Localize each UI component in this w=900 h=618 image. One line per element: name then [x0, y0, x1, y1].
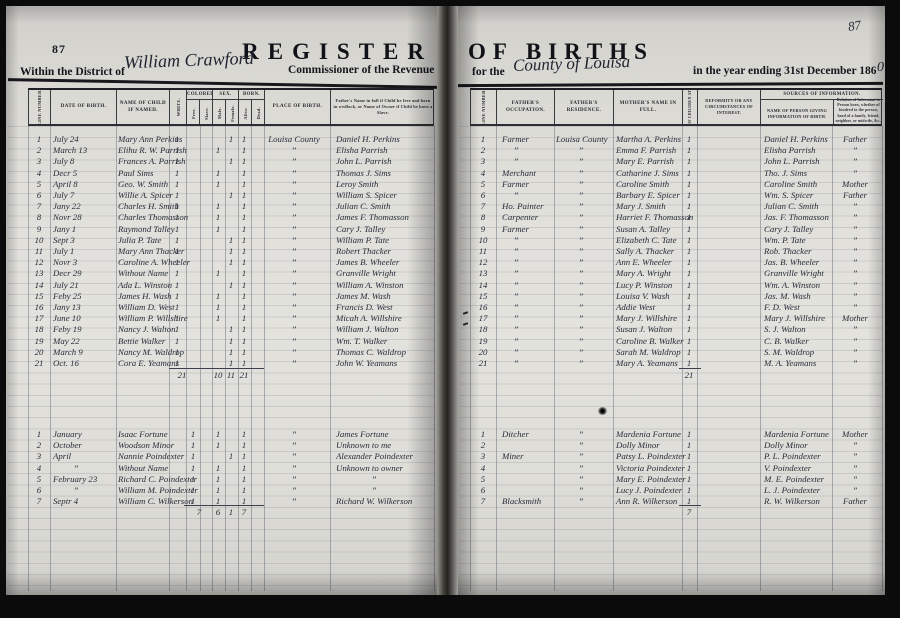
cell-informant-relation: Father: [843, 134, 867, 145]
cell-informant-name: John L. Parrish: [764, 156, 819, 167]
cell-born-alive-mark: 1: [242, 246, 246, 257]
cell-child-name: Caroline A. Wheeler: [118, 257, 190, 268]
column-line: [496, 126, 497, 591]
cell-mother-name: Elizabeth C. Tate: [616, 235, 677, 246]
cell-father-name: John W. Yeamans: [336, 358, 397, 369]
cell-father-name: William P. Tate: [336, 235, 389, 246]
cell-female-mark: 1: [229, 190, 233, 201]
cell-line-number: 15: [35, 291, 44, 302]
cell-father-residence: ”: [579, 212, 584, 223]
total-male: 10: [214, 370, 223, 381]
cell-white-mark: 1: [175, 268, 179, 279]
cell-place-of-birth: ”: [292, 280, 297, 291]
cell-mother-name: Emma F. Parrish: [616, 145, 676, 156]
cell-mother-name: Victoria Poindexter: [616, 463, 685, 474]
cell-informant-relation: ”: [853, 358, 858, 369]
cell-father-residence: ”: [579, 324, 584, 335]
cell-children-count: 1: [687, 235, 691, 246]
cell-male-mark: 1: [216, 429, 220, 440]
cell-place-of-birth: ”: [292, 451, 297, 462]
cell-place-of-birth: ”: [292, 496, 297, 507]
column-line: [212, 126, 213, 591]
cell-place-of-birth: Louisa County: [268, 134, 320, 145]
cell-place-of-birth: ”: [292, 347, 297, 358]
cell-line-number: 21: [479, 358, 488, 369]
cell-father-occupation: ”: [514, 302, 519, 313]
cell-father-occupation: Miner: [502, 451, 524, 462]
cell-informant-name: F. D. West: [764, 302, 800, 313]
cell-line-number: 2: [481, 145, 485, 156]
cell-date-of-birth: March 9: [53, 347, 83, 358]
cell-date-of-birth: Feby 25: [53, 291, 82, 302]
cell-informant-name: Jas. M. Wash: [764, 291, 811, 302]
cell-white-mark: 1: [175, 134, 179, 145]
cell-born-alive-mark: 1: [242, 156, 246, 167]
cell-informant-relation: Mother: [842, 429, 868, 440]
cell-informant-name: V. Poindexter: [764, 463, 811, 474]
cell-informant-relation: ”: [853, 440, 858, 451]
cell-mother-name: Barbary E. Spicer: [616, 190, 680, 201]
cell-line-number: 7: [481, 496, 485, 507]
cell-father-occupation: ”: [514, 291, 519, 302]
cell-born-alive-mark: 1: [242, 134, 246, 145]
cell-father-name: Thomas C. Waldrop: [336, 347, 406, 358]
cell-female-mark: 1: [229, 280, 233, 291]
column-line: [238, 126, 239, 591]
cell-born-alive-mark: 1: [242, 257, 246, 268]
cell-children-count: 1: [687, 134, 691, 145]
cell-line-number: 7: [37, 496, 41, 507]
cell-line-number: 1: [481, 134, 485, 145]
cell-informant-relation: ”: [853, 224, 858, 235]
cell-born-alive-mark: 1: [242, 291, 246, 302]
cell-children-count: 1: [687, 280, 691, 291]
cell-line-number: 11: [479, 246, 487, 257]
cell-children-count: 1: [687, 347, 691, 358]
cell-children-count: 1: [687, 313, 691, 324]
cell-informant-name: C. B. Walker: [764, 336, 809, 347]
cell-place-of-birth: ”: [292, 336, 297, 347]
cell-child-name: Nancy J. Walton: [118, 324, 176, 335]
total-female: 11: [227, 370, 235, 381]
cell-white-mark: 1: [175, 145, 179, 156]
cell-informant-name: S. J. Walton: [764, 324, 806, 335]
cell-white-mark: 1: [175, 235, 179, 246]
cell-children-count: 1: [687, 179, 691, 190]
cell-child-name: Julia P. Tate: [118, 235, 161, 246]
cell-father-residence: ”: [579, 358, 584, 369]
cell-line-number: 3: [37, 451, 41, 462]
cell-born-alive-mark: 1: [242, 485, 246, 496]
cell-father-name: Daniel H. Perkins: [336, 134, 400, 145]
cell-child-name: Geo. W. Smith: [118, 179, 168, 190]
cell-line-number: 5: [37, 179, 41, 190]
cell-father-residence: ”: [579, 496, 584, 507]
cell-date-of-birth: Sept 3: [53, 235, 75, 246]
cell-father-name: James Fortune: [336, 429, 389, 440]
cell-informant-name: Elisha Parrish: [764, 145, 816, 156]
cell-informant-name: Rob. Thacker: [764, 246, 811, 257]
cell-father-occupation: Ho. Painter: [502, 201, 544, 212]
cell-informant-name: Jas. F. Thomasson: [764, 212, 829, 223]
cell-child-name: Mary Ann Perkins: [118, 134, 182, 145]
cell-informant-relation: Mother: [842, 313, 868, 324]
column-line: [50, 126, 51, 591]
cell-born-alive-mark: 1: [242, 347, 246, 358]
cell-date-of-birth: April: [53, 451, 71, 462]
cell-informant-name: P. L. Poindexter: [764, 451, 821, 462]
cell-mother-name: Addie West: [616, 302, 655, 313]
cell-date-of-birth: Decr 5: [53, 168, 77, 179]
cell-informant-relation: ”: [853, 145, 858, 156]
cell-father-residence: ”: [579, 179, 584, 190]
cell-line-number: 8: [481, 212, 485, 223]
cell-place-of-birth: ”: [292, 168, 297, 179]
cell-place-of-birth: ”: [292, 246, 297, 257]
cell-father-residence: ”: [579, 485, 584, 496]
cell-mother-name: Caroline B. Walker: [616, 336, 684, 347]
cell-informant-relation: ”: [853, 156, 858, 167]
column-line: [264, 126, 265, 591]
cell-mother-name: Mary E. Parrish: [616, 156, 674, 167]
cell-children-count: 1: [687, 201, 691, 212]
cell-father-residence: ”: [579, 429, 584, 440]
cell-father-residence: ”: [579, 313, 584, 324]
cell-female-mark: 1: [229, 336, 233, 347]
cell-mother-name: Mary A. Wright: [616, 268, 671, 279]
cell-father-name: Robert Thacker: [336, 246, 391, 257]
cell-line-number: 10: [479, 235, 488, 246]
cell-colored-free-mark: 1: [191, 429, 195, 440]
cell-father-residence: ”: [579, 302, 584, 313]
cell-born-alive-mark: 1: [242, 440, 246, 451]
cell-father-residence: ”: [579, 336, 584, 347]
cell-male-mark: 1: [216, 145, 220, 156]
cell-place-of-birth: ”: [292, 463, 297, 474]
cell-father-residence: ”: [579, 268, 584, 279]
column-line: [251, 126, 252, 591]
cell-father-residence: ”: [579, 291, 584, 302]
cell-father-occupation: Merchant: [502, 168, 536, 179]
cell-born-alive-mark: 1: [242, 201, 246, 212]
cell-father-name: Elisha Parrish: [336, 145, 388, 156]
cell-informant-relation: ”: [853, 168, 858, 179]
cell-father-occupation: Farmer: [502, 224, 529, 235]
cell-white-mark: 1: [175, 156, 179, 167]
cell-born-alive-mark: 1: [242, 190, 246, 201]
column-line: [186, 126, 187, 591]
cell-line-number: 16: [479, 302, 488, 313]
cell-female-mark: 1: [229, 347, 233, 358]
cell-born-alive-mark: 1: [242, 179, 246, 190]
cell-female-mark: 1: [229, 451, 233, 462]
cell-line-number: 2: [481, 440, 485, 451]
column-line: [554, 126, 555, 591]
cell-male-mark: 1: [216, 440, 220, 451]
cell-mother-name: Catharine J. Sims: [616, 168, 679, 179]
cell-line-number: 9: [481, 224, 485, 235]
cell-father-residence: ”: [579, 156, 584, 167]
cell-date-of-birth: October: [53, 440, 82, 451]
cell-line-number: 1: [481, 429, 485, 440]
cell-white-mark: 1: [175, 224, 179, 235]
cell-father-residence: ”: [579, 201, 584, 212]
column-line: [832, 126, 833, 591]
cell-date-of-birth: February 23: [53, 474, 97, 485]
cell-colored-free-mark: 1: [191, 451, 195, 462]
cell-white-mark: 1: [175, 190, 179, 201]
cell-date-of-birth: ”: [74, 485, 79, 496]
cell-place-of-birth: ”: [292, 291, 297, 302]
column-line: [760, 126, 761, 591]
cell-born-alive-mark: 1: [242, 224, 246, 235]
cell-line-number: 12: [35, 257, 44, 268]
cell-informant-relation: ”: [853, 347, 858, 358]
cell-informant-name: Caroline Smith: [764, 179, 817, 190]
cell-line-number: 3: [481, 451, 485, 462]
cell-informant-name: Tho. J. Sims: [764, 168, 807, 179]
cell-children-count: 1: [687, 268, 691, 279]
cell-father-occupation: ”: [514, 190, 519, 201]
cell-line-number: 12: [479, 257, 488, 268]
cell-male-mark: 1: [216, 224, 220, 235]
cell-children-count: 1: [687, 190, 691, 201]
cell-place-of-birth: ”: [292, 474, 297, 485]
cell-mother-name: Patsy L. Poindexter: [616, 451, 686, 462]
cell-informant-relation: ”: [853, 201, 858, 212]
cell-colored-free-mark: 1: [191, 485, 195, 496]
cell-male-mark: 1: [216, 268, 220, 279]
cell-place-of-birth: ”: [292, 440, 297, 451]
cell-line-number: 3: [481, 156, 485, 167]
cell-line-number: 21: [35, 358, 44, 369]
cell-date-of-birth: March 13: [53, 145, 87, 156]
cell-father-occupation: ”: [514, 145, 519, 156]
cell-born-alive-mark: 1: [242, 268, 246, 279]
cell-date-of-birth: May 22: [53, 336, 80, 347]
cell-male-mark: 1: [216, 463, 220, 474]
cell-white-mark: 1: [175, 336, 179, 347]
cell-male-mark: 1: [216, 179, 220, 190]
cell-born-alive-mark: 1: [242, 324, 246, 335]
cell-children-count: 1: [687, 429, 691, 440]
cell-children-count: 1: [687, 246, 691, 257]
cell-line-number: 19: [479, 336, 488, 347]
book-gutter: [437, 6, 458, 595]
cell-line-number: 7: [481, 201, 485, 212]
cell-informant-relation: Mother: [842, 179, 868, 190]
cell-place-of-birth: ”: [292, 156, 297, 167]
cell-child-name: Isaac Fortune: [118, 429, 168, 440]
cell-date-of-birth: Novr 28: [53, 212, 82, 223]
cell-father-name: Unknown to owner: [336, 463, 403, 474]
cell-father-occupation: Farmer: [502, 134, 529, 145]
column-line: [225, 126, 226, 591]
cell-born-alive-mark: 1: [242, 302, 246, 313]
cell-child-name: William D. West: [118, 302, 175, 313]
cell-line-number: 17: [35, 313, 44, 324]
cell-father-occupation: ”: [514, 358, 519, 369]
cell-informant-name: M. E. Poindexter: [764, 474, 824, 485]
cell-male-mark: 1: [216, 474, 220, 485]
cell-line-number: 2: [37, 145, 41, 156]
cell-father-name: Micah A. Willshire: [336, 313, 402, 324]
cell-father-residence: ”: [579, 246, 584, 257]
cell-line-number: 10: [35, 235, 44, 246]
cell-male-mark: 1: [216, 201, 220, 212]
cell-place-of-birth: ”: [292, 145, 297, 156]
cell-white-mark: 1: [175, 313, 179, 324]
cell-informant-relation: ”: [853, 246, 858, 257]
cell-white-mark: 1: [175, 179, 179, 190]
total-children: 21: [685, 370, 694, 381]
cell-date-of-birth: April 8: [53, 179, 78, 190]
cell-mother-name: Mary A. Yeamans: [616, 358, 678, 369]
cell-informant-relation: ”: [853, 474, 858, 485]
cell-children-count: 1: [687, 451, 691, 462]
cell-white-mark: 1: [175, 324, 179, 335]
cell-informant-relation: ”: [853, 302, 858, 313]
cell-informant-name: Wm. P. Tate: [764, 235, 806, 246]
column-line: [613, 126, 614, 591]
cell-child-name: Without Name: [118, 268, 168, 279]
cell-line-number: 15: [479, 291, 488, 302]
column-line: [682, 126, 683, 591]
cell-line-number: 13: [35, 268, 44, 279]
cell-father-occupation: ”: [514, 347, 519, 358]
cell-father-name: Julian C. Smith: [336, 201, 391, 212]
cell-born-alive-mark: 1: [242, 474, 246, 485]
cell-born-alive-mark: 1: [242, 235, 246, 246]
cell-informant-relation: ”: [853, 257, 858, 268]
cell-born-alive-mark: 1: [242, 313, 246, 324]
cell-line-number: 18: [35, 324, 44, 335]
cell-place-of-birth: ”: [292, 257, 297, 268]
cell-line-number: 1: [37, 134, 41, 145]
cell-father-residence: ”: [579, 474, 584, 485]
column-line: [470, 126, 471, 591]
cell-mother-name: Mary J. Willshire: [616, 313, 677, 324]
cell-colored-free-mark: 1: [191, 440, 195, 451]
entries-left: 1July 24Mary Ann Perkins111Louisa County…: [6, 6, 437, 595]
cell-father-name: James M. Wash: [336, 291, 391, 302]
cell-informant-name: Dolly Minor: [764, 440, 808, 451]
cell-father-occupation: ”: [514, 280, 519, 291]
cell-male-mark: 1: [216, 212, 220, 223]
cell-born-alive-mark: 1: [242, 429, 246, 440]
cell-line-number: 19: [35, 336, 44, 347]
cell-mother-name: Dolly Minor: [616, 440, 660, 451]
cell-date-of-birth: July 24: [53, 134, 79, 145]
cell-children-count: 1: [687, 291, 691, 302]
cell-born-alive-mark: 1: [242, 451, 246, 462]
cell-father-residence: ”: [579, 224, 584, 235]
ink-blot: [598, 407, 607, 415]
cell-female-mark: 1: [229, 235, 233, 246]
cell-date-of-birth: Jany 1: [53, 224, 76, 235]
cell-date-of-birth: July 7: [53, 190, 74, 201]
cell-father-residence: ”: [579, 235, 584, 246]
cell-line-number: 18: [479, 324, 488, 335]
cell-date-of-birth: Novr 3: [53, 257, 77, 268]
cell-place-of-birth: ”: [292, 224, 297, 235]
cell-line-number: 4: [37, 168, 41, 179]
cell-father-name: Richard W. Wilkerson: [336, 496, 412, 507]
column-line: [330, 126, 331, 591]
total-alive: 21: [240, 370, 249, 381]
column-line: [200, 126, 201, 591]
cell-father-residence: ”: [579, 145, 584, 156]
cell-informant-name: Granville Wright: [764, 268, 824, 279]
entries-right: 1FarmerLouisa CountyMartha A. Perkins1Da…: [458, 6, 885, 595]
cell-child-name: Bettie Walker: [118, 336, 165, 347]
cell-informant-relation: ”: [853, 336, 858, 347]
column-line: [28, 126, 29, 591]
cell-father-name: Alexander Poindexter: [336, 451, 413, 462]
cell-place-of-birth: ”: [292, 212, 297, 223]
cell-informant-relation: ”: [853, 280, 858, 291]
cell-mother-name: Susan J. Walton: [616, 324, 672, 335]
cell-place-of-birth: ”: [292, 235, 297, 246]
cell-line-number: 4: [481, 168, 485, 179]
cell-male-mark: 1: [216, 168, 220, 179]
cell-mother-name: Martha A. Perkins: [616, 134, 681, 145]
cell-informant-name: Julian C. Smith: [764, 201, 819, 212]
cell-informant-relation: Father: [843, 496, 867, 507]
column-line: [882, 126, 883, 591]
cell-born-alive-mark: 1: [242, 280, 246, 291]
cell-informant-name: Jas. B. Wheeler: [764, 257, 819, 268]
cell-place-of-birth: ”: [292, 179, 297, 190]
cell-mother-name: Mardenia Fortune: [616, 429, 681, 440]
cell-line-number: 20: [479, 347, 488, 358]
cell-informant-name: Cary J. Talley: [764, 224, 813, 235]
cell-father-residence: ”: [579, 463, 584, 474]
cell-line-number: 6: [481, 485, 485, 496]
cell-place-of-birth: ”: [292, 302, 297, 313]
cell-line-number: 5: [481, 474, 485, 485]
cell-father-residence: ”: [579, 440, 584, 451]
cell-female-mark: 1: [229, 246, 233, 257]
cell-informant-name: R. W. Wilkerson: [764, 496, 820, 507]
cell-white-mark: 1: [175, 280, 179, 291]
cell-mother-name: Susan A. Talley: [616, 224, 670, 235]
cell-father-occupation: Ditcher: [502, 429, 529, 440]
cell-children-count: 1: [687, 463, 691, 474]
cell-line-number: 11: [35, 246, 43, 257]
cell-informant-name: L. J. Poindexter: [764, 485, 820, 496]
cell-father-occupation: ”: [514, 257, 519, 268]
cell-mother-name: Lucy P. Winston: [616, 280, 672, 291]
cell-line-number: 5: [481, 179, 485, 190]
total-alive-lower: 7: [242, 507, 246, 518]
cell-father-residence: ”: [579, 190, 584, 201]
cell-date-of-birth: July 8: [53, 156, 74, 167]
cell-informant-relation: ”: [853, 235, 858, 246]
cell-child-name: Paul Sims: [118, 168, 153, 179]
total-female-lower: 1: [229, 507, 233, 518]
cell-informant-name: M. A. Yeamans: [764, 358, 816, 369]
cell-line-number: 9: [37, 224, 41, 235]
cell-mother-name: Lucy J. Poindexter: [616, 485, 682, 496]
cell-mother-name: Mary E. Poindexter: [616, 474, 686, 485]
cell-place-of-birth: ”: [292, 313, 297, 324]
cell-place-of-birth: ”: [292, 358, 297, 369]
cell-father-name: Thomas J. Sims: [336, 168, 391, 179]
cell-father-name: William J. Walton: [336, 324, 398, 335]
cell-father-occupation: ”: [514, 246, 519, 257]
cell-line-number: 20: [35, 347, 44, 358]
